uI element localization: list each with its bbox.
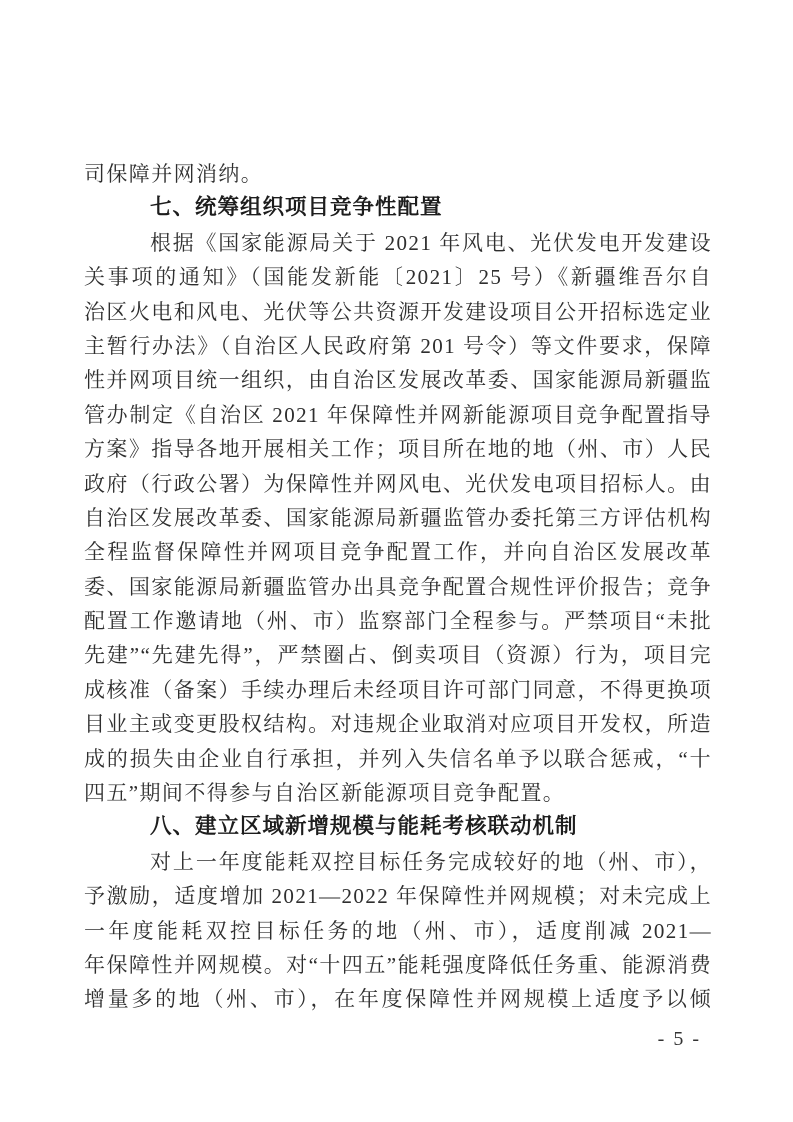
text-line: 管办制定《自治区 2021 年保障性并网新能源项目竞争配置指导 <box>84 398 712 432</box>
text-line: 对上一年度能耗双控目标任务完成较好的地（州、市），给 <box>84 845 712 879</box>
text-line: 政府（行政公署）为保障性并网风电、光伏发电项目招标人。由 <box>84 467 712 501</box>
text-line: 司保障并网消纳。 <box>84 157 712 191</box>
section-heading: 八、建立区域新增规模与能耗考核联动机制 <box>84 810 712 844</box>
text-line: 一年度能耗双控目标任务的地（州、市），适度削减 2021—2022 <box>84 914 712 948</box>
text-line: 先建”“先建先得”，严禁圈占、倒卖项目（资源）行为，项目完 <box>84 638 712 672</box>
text-line: 目业主或变更股权结构。对违规企业取消对应项目开发权，所造 <box>84 707 712 741</box>
page-number: - 5 - <box>658 1028 701 1051</box>
text-line: 成核准（备案）手续办理后未经项目许可部门同意，不得更换项 <box>84 673 712 707</box>
text-line: 关事项的通知》（国能发新能〔2021〕25 号）《新疆维吾尔自 <box>84 260 712 294</box>
text-line: 委、国家能源局新疆监管办出具竞争配置合规性评价报告；竞争 <box>84 570 712 604</box>
text-line: 主暂行办法》（自治区人民政府第 201 号令）等文件要求，保障 <box>84 329 712 363</box>
document-page: 司保障并网消纳。七、统筹组织项目竞争性配置根据《国家能源局关于 2021 年风电… <box>0 0 793 1122</box>
text-line: 成的损失由企业自行承担，并列入失信名单予以联合惩戒，“十 <box>84 742 712 776</box>
page-body-text: 司保障并网消纳。七、统筹组织项目竞争性配置根据《国家能源局关于 2021 年风电… <box>84 157 712 1017</box>
text-line: 治区火电和风电、光伏等公共资源开发建设项目公开招标选定业 <box>84 295 712 329</box>
text-line: 方案》指导各地开展相关工作；项目所在地的地（州、市）人民 <box>84 432 712 466</box>
text-line: 四五”期间不得参与自治区新能源项目竞争配置。 <box>84 776 712 810</box>
text-line: 年保障性并网规模。对“十四五”能耗强度降低任务重、能源消费 <box>84 948 712 982</box>
text-line: 自治区发展改革委、国家能源局新疆监管办委托第三方评估机构 <box>84 501 712 535</box>
text-line: 性并网项目统一组织，由自治区发展改革委、国家能源局新疆监 <box>84 363 712 397</box>
text-line: 全程监督保障性并网项目竞争配置工作，并向自治区发展改革 <box>84 535 712 569</box>
section-heading: 七、统筹组织项目竞争性配置 <box>84 191 712 225</box>
text-line: 根据《国家能源局关于 2021 年风电、光伏发电开发建设有 <box>84 226 712 260</box>
text-line: 予激励，适度增加 2021—2022 年保障性并网规模；对未完成上 <box>84 879 712 913</box>
text-line: 配置工作邀请地（州、市）监察部门全程参与。严禁项目“未批 <box>84 604 712 638</box>
text-line: 增量多的地（州、市），在年度保障性并网规模上适度予以倾斜。 <box>84 982 712 1016</box>
